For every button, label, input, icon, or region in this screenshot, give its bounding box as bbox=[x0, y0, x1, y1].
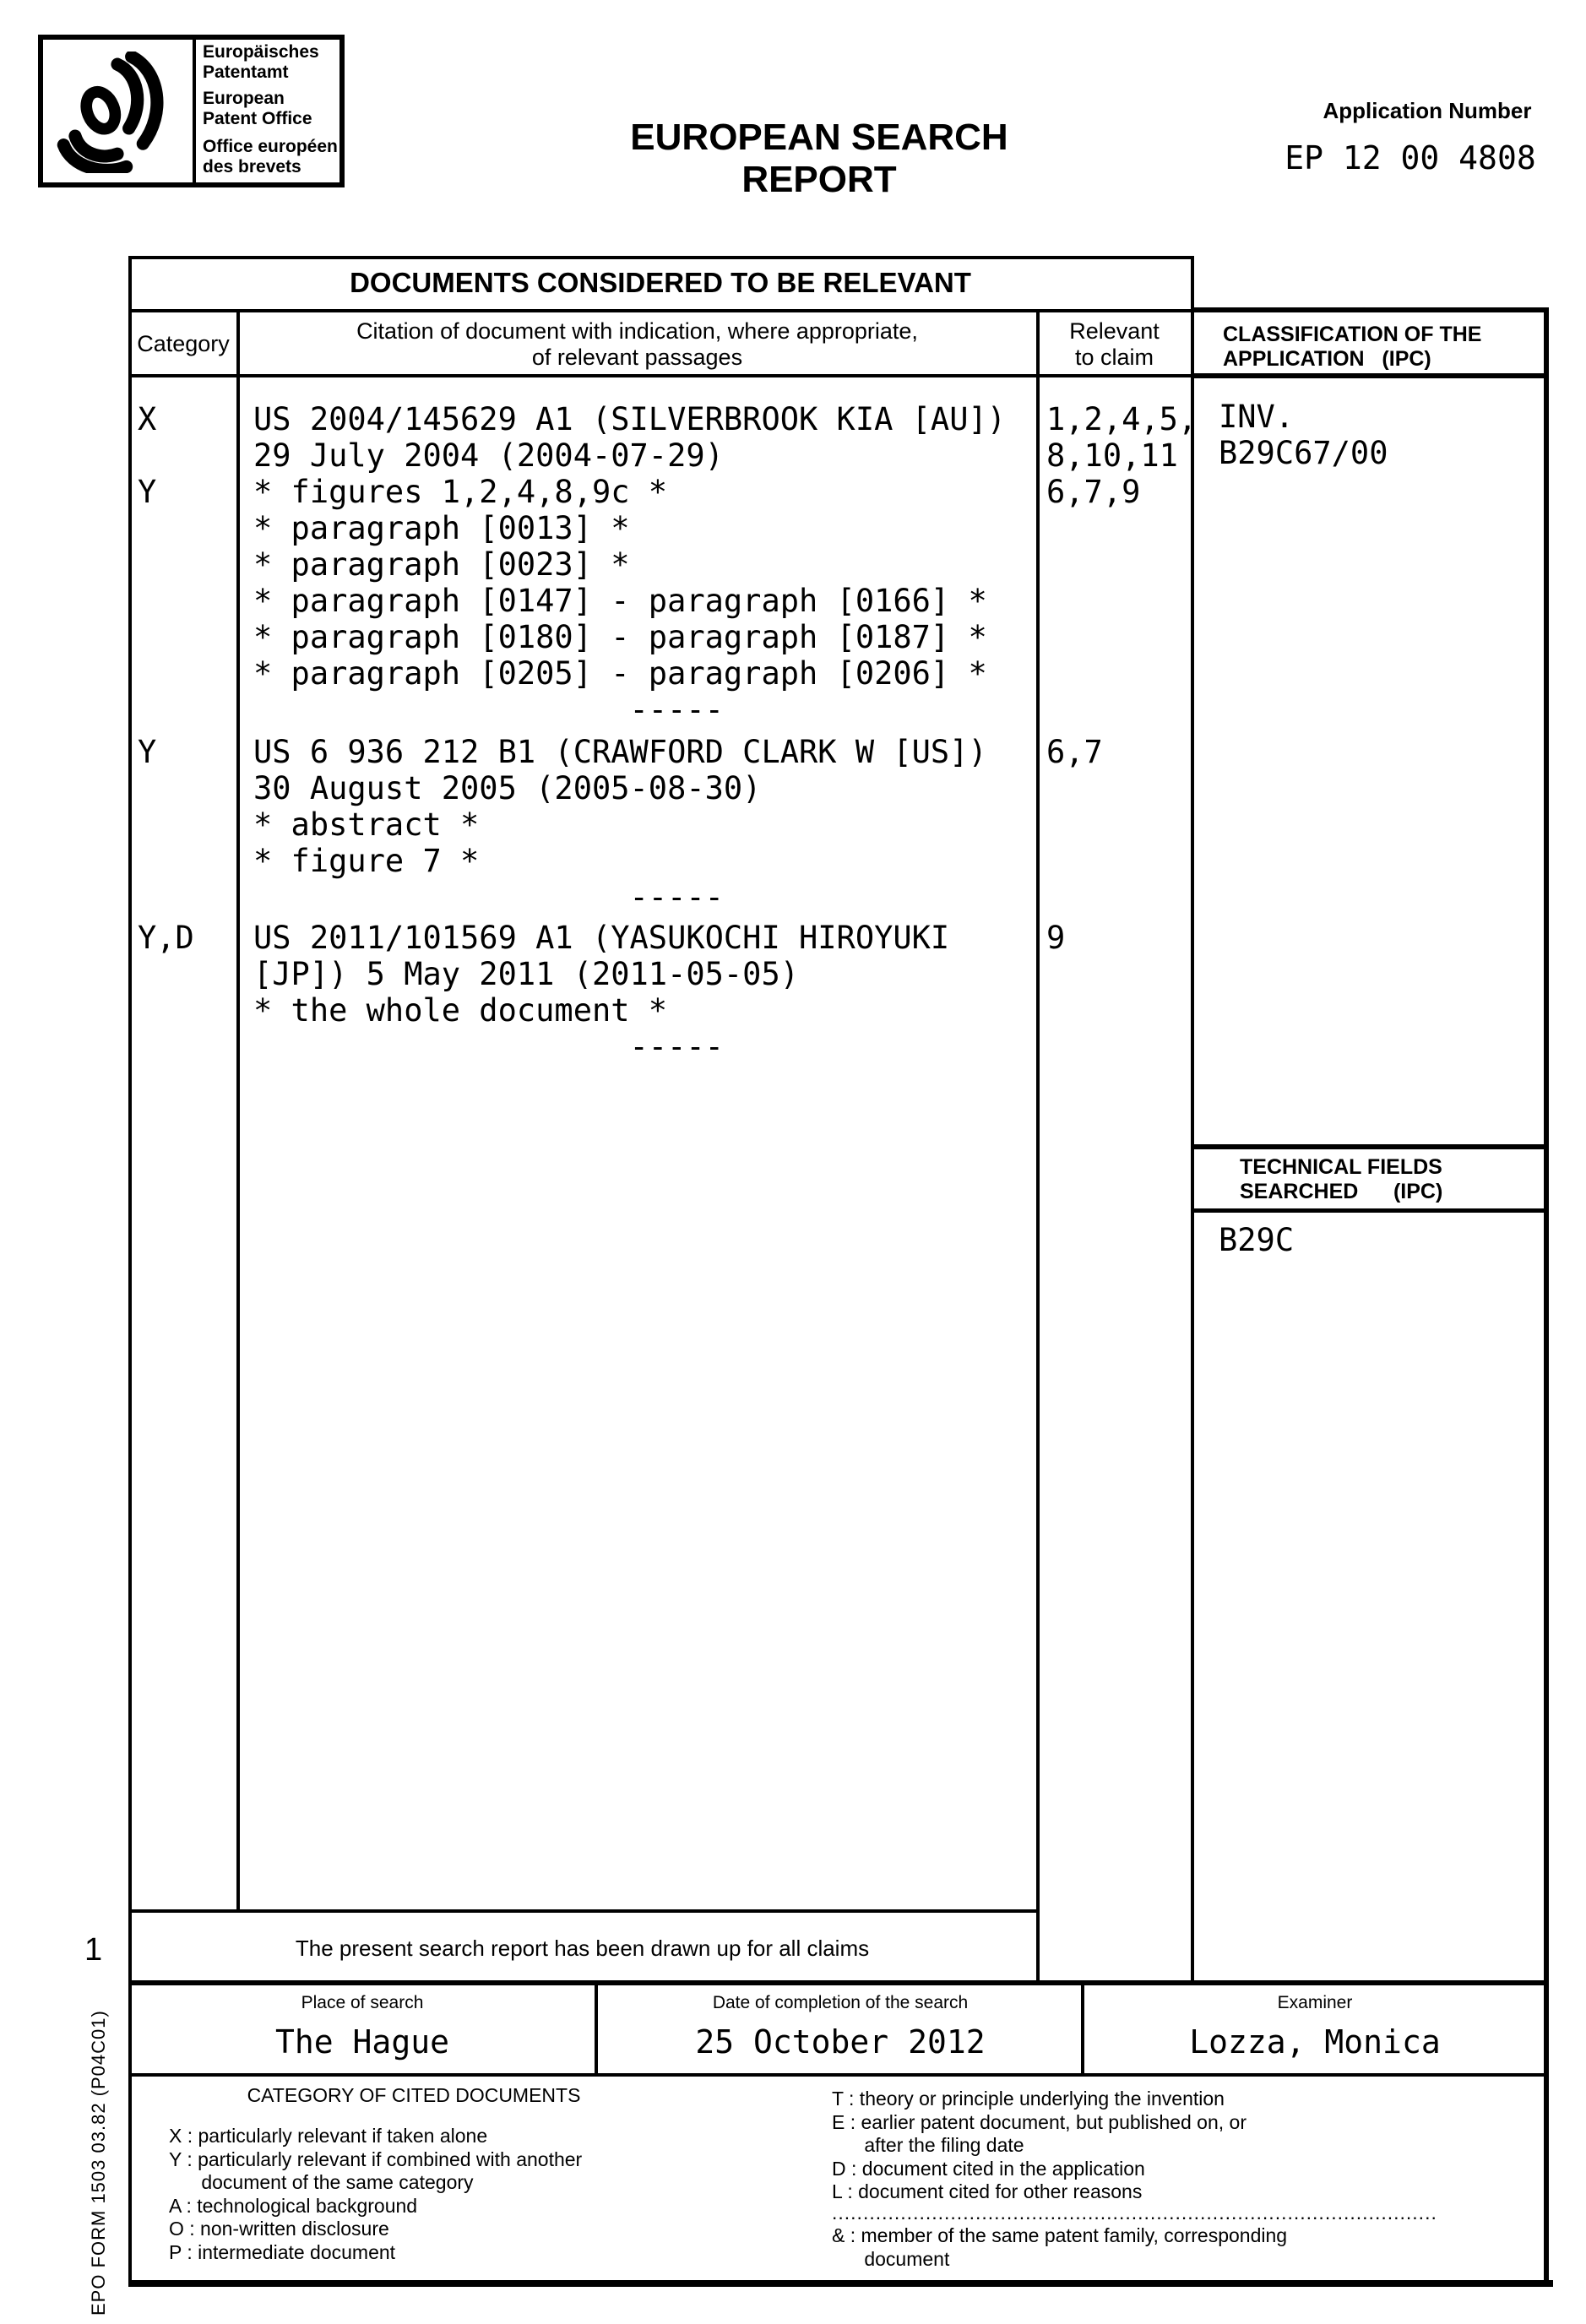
date-of-completion-label: Date of completion of the search bbox=[598, 1993, 1083, 2013]
row-2-citation: US 6 936 212 B1 (CRAWFORD CLARK W [US]) … bbox=[253, 734, 987, 915]
column-header-relevant: Relevant to claim bbox=[1036, 318, 1192, 371]
examiner-value: Lozza, Monica bbox=[1084, 2023, 1545, 2061]
technical-fields-label: TECHNICAL FIELDS SEARCHED (IPC) bbox=[1240, 1155, 1442, 1204]
row-1-category: X Y bbox=[138, 401, 156, 510]
row-2-category: Y bbox=[138, 734, 156, 770]
category-column-divider bbox=[236, 309, 240, 1913]
logo-text-de: Europäisches Patentamt bbox=[203, 42, 319, 83]
logo-divider bbox=[193, 35, 196, 187]
citation-relevant-divider bbox=[1036, 309, 1040, 1984]
place-of-search-label: Place of search bbox=[128, 1993, 596, 2013]
row-3-claims: 9 bbox=[1046, 920, 1065, 956]
column-header-classification: CLASSIFICATION OF THE APPLICATION (IPC) bbox=[1223, 323, 1481, 372]
application-number-label: Application Number bbox=[1301, 98, 1554, 124]
epo-logo-icon bbox=[53, 52, 182, 173]
row-3-category: Y,D bbox=[138, 920, 194, 956]
classification-box-top bbox=[1192, 307, 1548, 312]
categories-box-top bbox=[128, 2073, 1548, 2077]
column-header-bottom bbox=[128, 374, 1194, 377]
classification-value: INV. B29C67/00 bbox=[1219, 399, 1388, 471]
logo-text-en: European Patent Office bbox=[203, 89, 312, 129]
search-info-row-top bbox=[128, 1980, 1548, 1985]
categories-family-note: & : member of the same patent family, co… bbox=[832, 2224, 1287, 2271]
examiner-label: Examiner bbox=[1084, 1993, 1545, 2013]
categories-separator-dots: ........................................… bbox=[832, 2202, 1436, 2225]
row-3-citation: US 2011/101569 A1 (YASUKOCHI HIROYUKI [J… bbox=[253, 920, 949, 1065]
header-row-divider bbox=[128, 309, 1194, 312]
table-left-border bbox=[128, 256, 132, 2287]
application-number-value: EP 12 00 4808 bbox=[1267, 139, 1554, 176]
logo-text-fr: Office européen des brevets bbox=[203, 137, 338, 177]
place-of-search-value: The Hague bbox=[128, 2023, 596, 2061]
date-of-completion-value: 25 October 2012 bbox=[598, 2023, 1083, 2061]
categories-right-list: T : theory or principle underlying the i… bbox=[832, 2088, 1247, 2204]
technical-fields-box-bottom bbox=[1192, 1208, 1548, 1213]
categories-box-bottom bbox=[128, 2280, 1553, 2287]
row-1-citation: US 2004/145629 A1 (SILVERBROOK KIA [AU])… bbox=[253, 401, 1006, 728]
row-2-claims: 6,7 bbox=[1046, 734, 1103, 770]
technical-fields-value: B29C bbox=[1219, 1222, 1294, 1258]
table-right-border bbox=[1544, 307, 1549, 2287]
categories-left-list: X : particularly relevant if taken alone… bbox=[169, 2125, 582, 2264]
sheet-number: 1 bbox=[84, 1932, 102, 1968]
table-top-border bbox=[128, 256, 1194, 259]
drawn-up-statement: The present search report has been drawn… bbox=[128, 1936, 1036, 1962]
page-title: EUROPEAN SEARCH REPORT bbox=[549, 117, 1089, 201]
column-header-citation: Citation of document with indication, wh… bbox=[238, 318, 1036, 371]
row-1-claims: 1,2,4,5, 8,10,11 6,7,9 bbox=[1046, 401, 1197, 510]
technical-fields-box-top bbox=[1192, 1144, 1548, 1149]
claims-row-top bbox=[128, 1909, 1040, 1913]
classification-box-bottom bbox=[1192, 373, 1548, 378]
relevant-classification-divider bbox=[1191, 256, 1194, 1984]
column-header-category: Category bbox=[128, 331, 238, 357]
categories-title: CATEGORY OF CITED DOCUMENTS bbox=[160, 2084, 667, 2108]
table-section-title: DOCUMENTS CONSIDERED TO BE RELEVANT bbox=[128, 267, 1192, 299]
epo-form-code: EPO FORM 1503 03.82 (P04C01) bbox=[88, 2010, 110, 2316]
